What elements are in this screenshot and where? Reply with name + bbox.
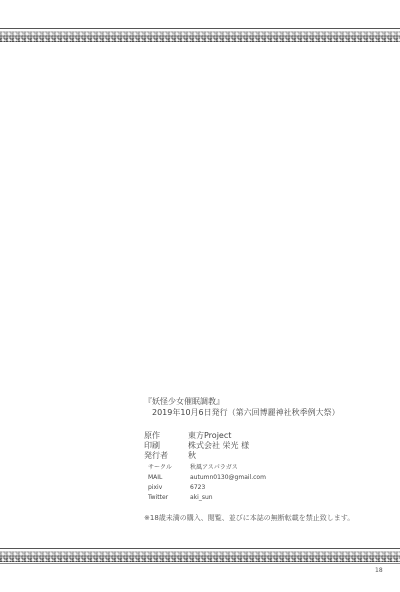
row-label: MAIL [144,473,190,483]
bottom-decorative-border [0,548,400,564]
bottom-border-pattern [0,551,400,562]
row-value: 6723 [190,483,205,493]
top-border-rule [0,28,400,29]
contact-row-circle: サークル秋風アスパラガス [144,463,238,473]
top-border-pattern [0,31,400,42]
page-number: 18 [375,567,383,574]
contact-row-pixiv: pixiv6723 [144,483,205,493]
row-value: 株式会社 栄光 様 [188,441,249,451]
publication-date: 2019年10月6日発行（第六回博麗神社秋季例大祭） [152,408,340,418]
row-value: 秋風アスパラガス [190,463,238,473]
row-label: 印刷 [144,441,188,451]
book-title: 『妖怪少女催眠調教』 [144,397,224,407]
row-value: 秋 [188,451,196,461]
row-label: 原作 [144,431,188,441]
row-label: pixiv [144,483,190,493]
colophon-row-publisher: 発行者秋 [144,451,196,461]
row-label: 発行者 [144,451,188,461]
bottom-border-rule-bottom [0,563,400,564]
row-value: aki_sun [190,493,213,503]
row-value: 東方Project [188,431,231,441]
colophon-row-printer: 印刷株式会社 栄光 様 [144,441,249,451]
contact-row-twitter: Twitteraki_sun [144,493,213,503]
row-value: autumn0130@gmail.com [190,473,266,483]
contact-row-mail: MAILautumn0130@gmail.com [144,473,266,483]
top-decorative-border [0,28,400,44]
row-label: Twitter [144,493,190,503]
age-restriction-note: ※18歳未満の購入、閲覧、並びに本誌の無断転載を禁止致します。 [144,513,354,523]
bottom-border-rule-top [0,548,400,549]
row-label: サークル [144,463,190,473]
colophon-row-original-work: 原作東方Project [144,431,231,441]
